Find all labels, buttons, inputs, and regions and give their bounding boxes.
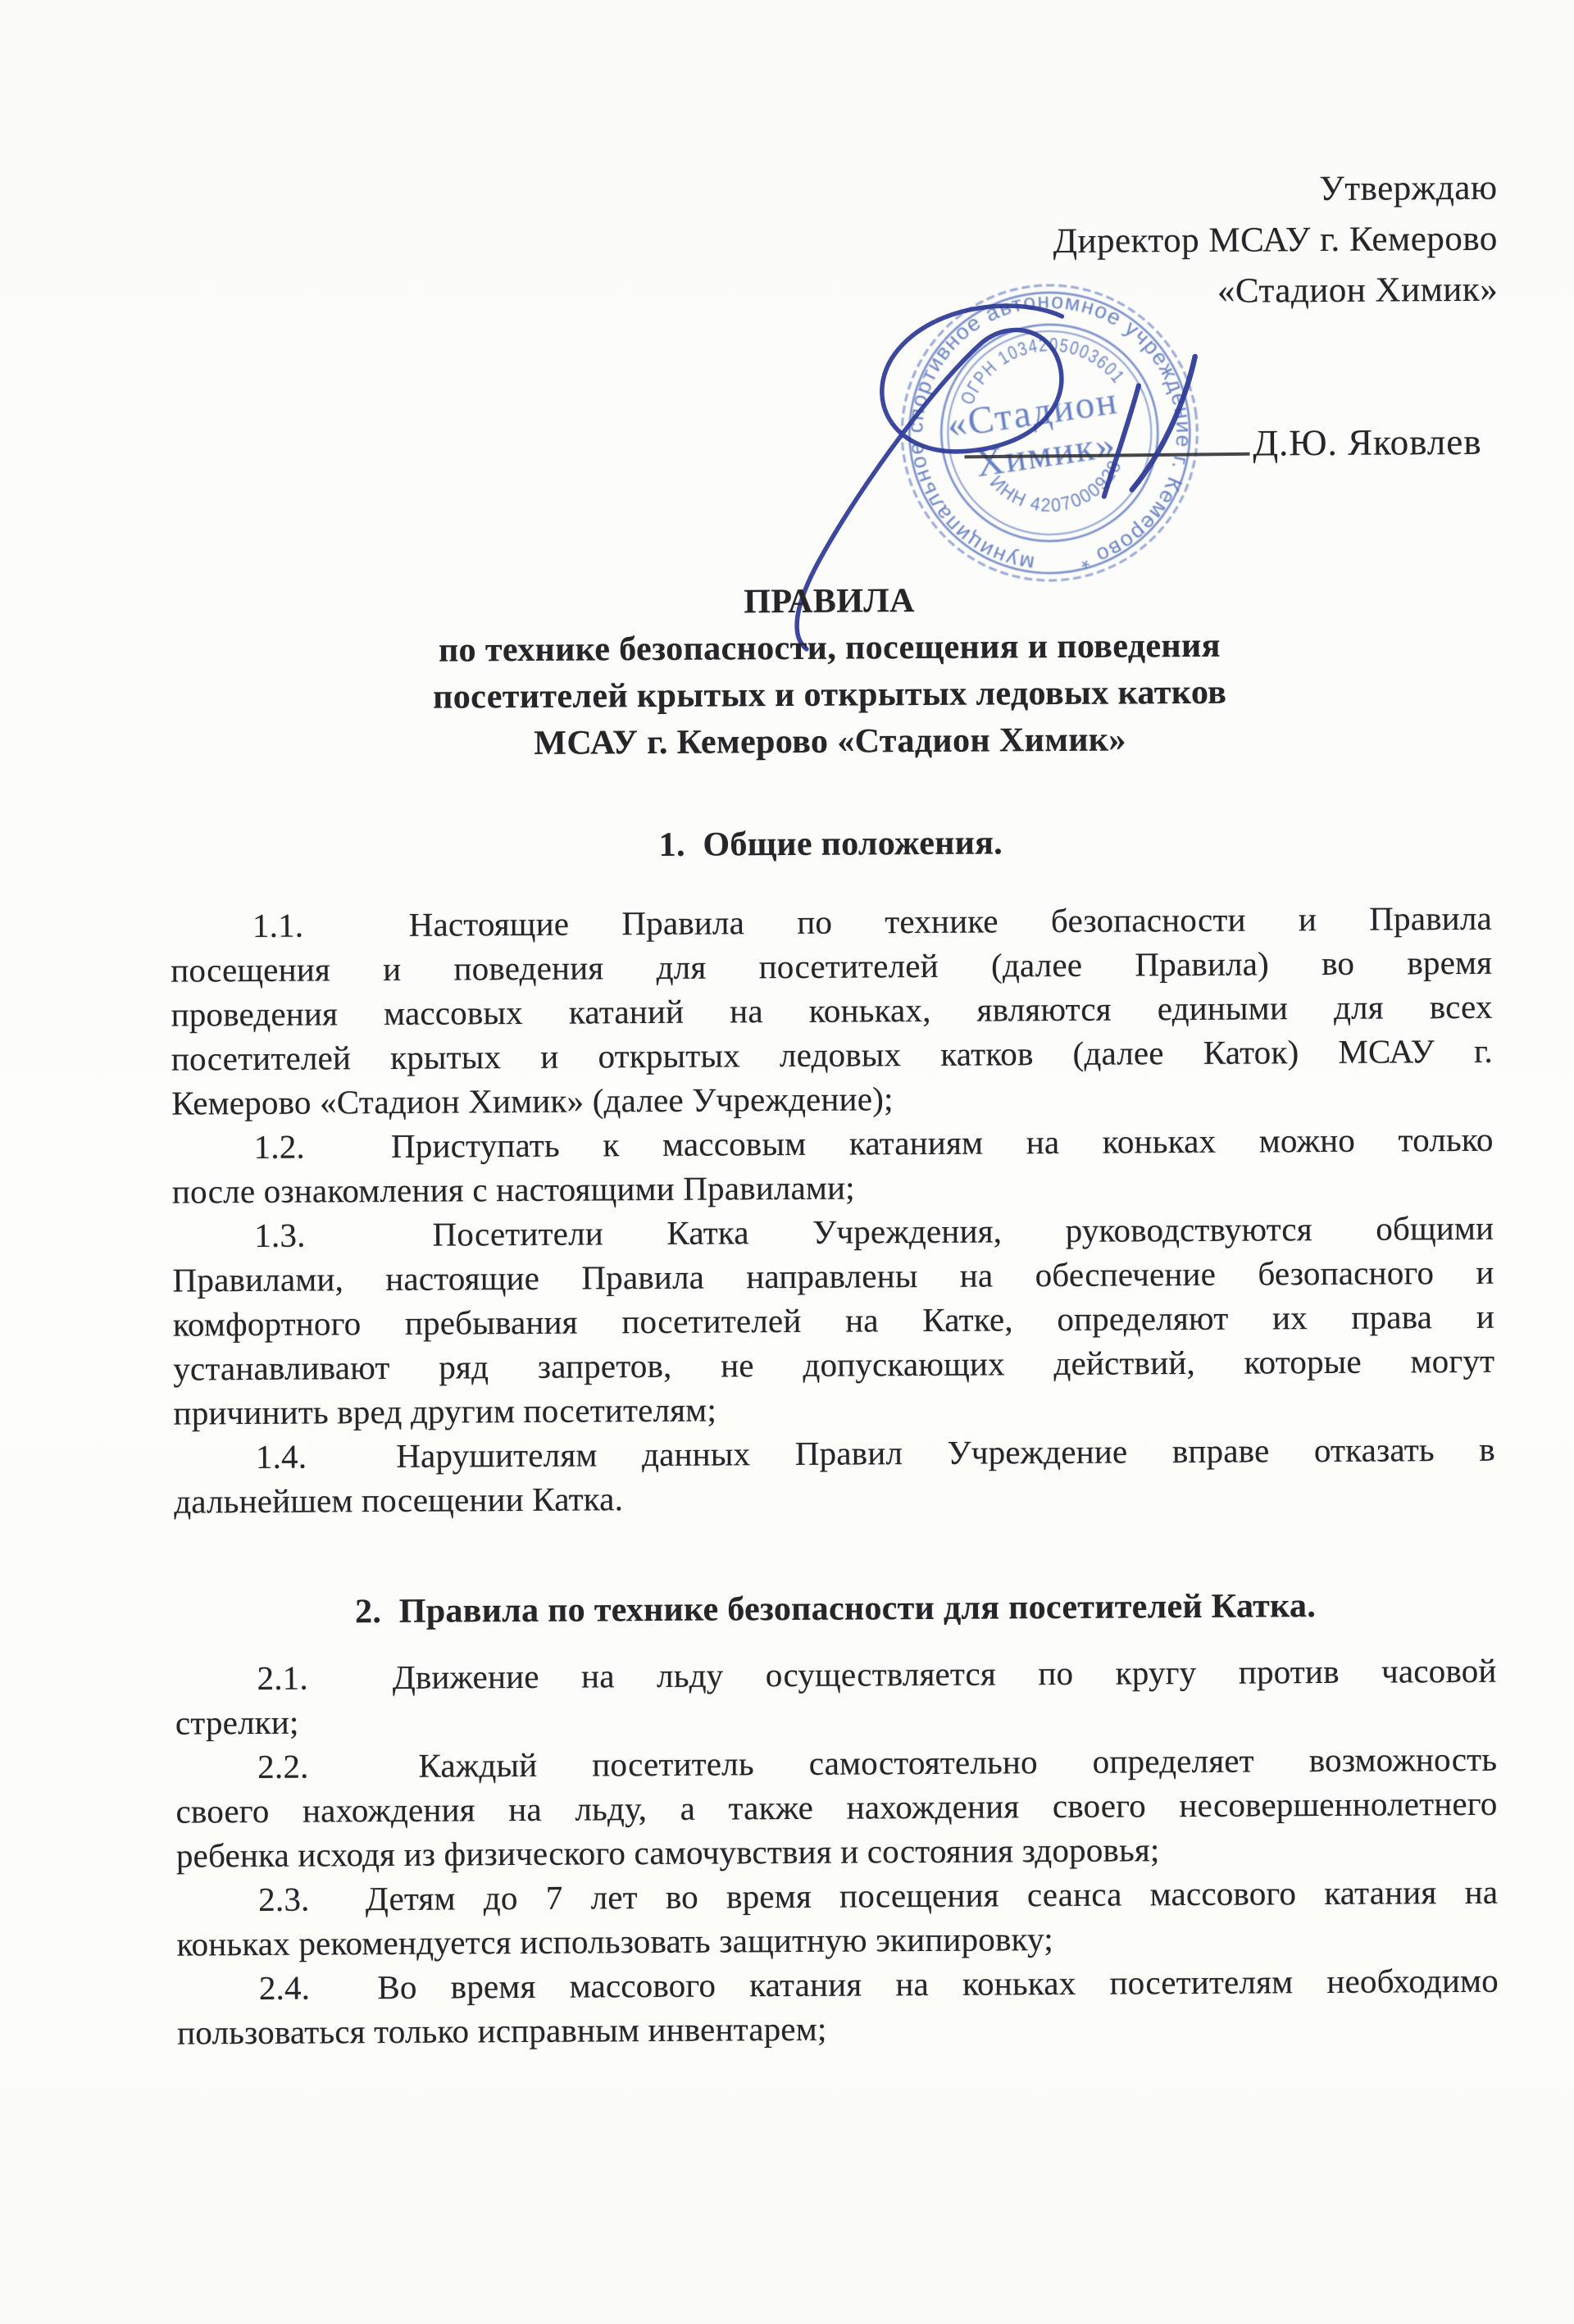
paragraph-line: посещения и поведения для посетителей (д… [171,940,1492,993]
paragraph-line: коньках рекомендуется использовать защит… [176,1914,1498,1967]
section-2-paragraphs: 2.1. Движение на льду осуществляется по … [175,1649,1499,2055]
document-body: ПРАВИЛА по технике безопасности, посещен… [168,575,1499,2055]
paragraph-line: Кемерово «Стадион Химик» (далее Учрежден… [171,1073,1493,1126]
paragraph-line: комфортного пребывания посетителей на Ка… [173,1294,1494,1347]
paragraph-line: своего нахождения на льду, а также нахож… [175,1781,1497,1834]
paragraph-line: Правилами, настоящие Правила направлены … [172,1250,1494,1303]
paragraph-line: 1.4. Нарушителям данных Правил Учреждени… [174,1427,1495,1480]
section-1-heading: 1. Общие положения. [170,817,1491,872]
paragraph: 2.4. Во время массового катания на коньк… [177,1958,1499,2055]
paragraph: 2.2. Каждый посетитель самостоятельно оп… [175,1737,1498,1878]
paragraph-line: причинить вред другим посетителям; [173,1383,1494,1435]
paragraph-line: 1.1. Настоящие Правила по технике безопа… [171,896,1492,948]
paragraph-line: 2.2. Каждый посетитель самостоятельно оп… [175,1737,1497,1790]
paragraph-line: пользоваться только исправным инвентарем… [177,2003,1499,2055]
paragraph: 1.3. Посетители Катка Учреждения, руково… [172,1206,1495,1435]
paragraph-line: 2.1. Движение на льду осуществляется по … [175,1649,1496,1701]
section-1-paragraphs: 1.1. Настоящие Правила по технике безопа… [171,896,1496,1524]
paragraph: 2.1. Движение на льду осуществляется по … [175,1649,1497,1745]
title-line: ПРАВИЛА [168,575,1490,630]
section-2-heading: 2. Правила по технике безопасности для п… [175,1582,1496,1637]
signature-slash-stroke [1131,357,1196,489]
paragraph-line: 1.2. Приступать к массовым катаниям на к… [171,1117,1493,1170]
signer-name: Д.Ю. Яковлев [1253,421,1481,465]
title-line: посетителей крытых и открытых ледовых ка… [169,668,1490,723]
paragraph-line: 1.3. Посетители Катка Учреждения, руково… [172,1206,1494,1258]
paragraph: 1.2. Приступать к массовым катаниям на к… [171,1117,1494,1214]
paragraph-line: устанавливают ряд запретов, не допускающ… [173,1339,1494,1391]
title-line: МСАУ г. Кемерово «Стадион Химик» [169,715,1490,770]
paragraph-line: посетителей крытых и открытых ледовых ка… [171,1029,1493,1081]
title-line: по технике безопасности, посещения и пов… [169,621,1490,676]
paragraph: 1.4. Нарушителям данных Правил Учреждени… [174,1427,1496,1524]
paragraph: 2.3. Детям до 7 лет во время посещения с… [176,1870,1499,1967]
page-content: Утверждаю Директор МСАУ г. Кемерово «Ста… [0,0,1574,2324]
paragraph-line: ребенка исходя из физического самочувств… [176,1826,1498,1878]
paragraph-line: 2.4. Во время массового катания на коньк… [177,1958,1499,2011]
approval-line: Директор МСАУ г. Кемерово [875,214,1498,269]
paragraph-line: после ознакомления с настоящими Правилам… [172,1162,1494,1214]
paragraph: 1.1. Настоящие Правила по технике безопа… [171,896,1494,1126]
approval-line: Утверждаю [874,163,1497,218]
signature-slash-stroke [1103,385,1140,496]
scanned-page: Утверждаю Директор МСАУ г. Кемерово «Ста… [0,0,1574,2324]
paragraph-line: 2.3. Детям до 7 лет во время посещения с… [176,1870,1498,1922]
paragraph-line: дальнейшем посещении Катка. [174,1471,1495,1524]
paragraph-line: стрелки; [175,1693,1497,1745]
paragraph-line: проведения массовых катаний на коньках, … [171,985,1492,1037]
document-title: ПРАВИЛА по технике безопасности, посещен… [168,575,1490,770]
